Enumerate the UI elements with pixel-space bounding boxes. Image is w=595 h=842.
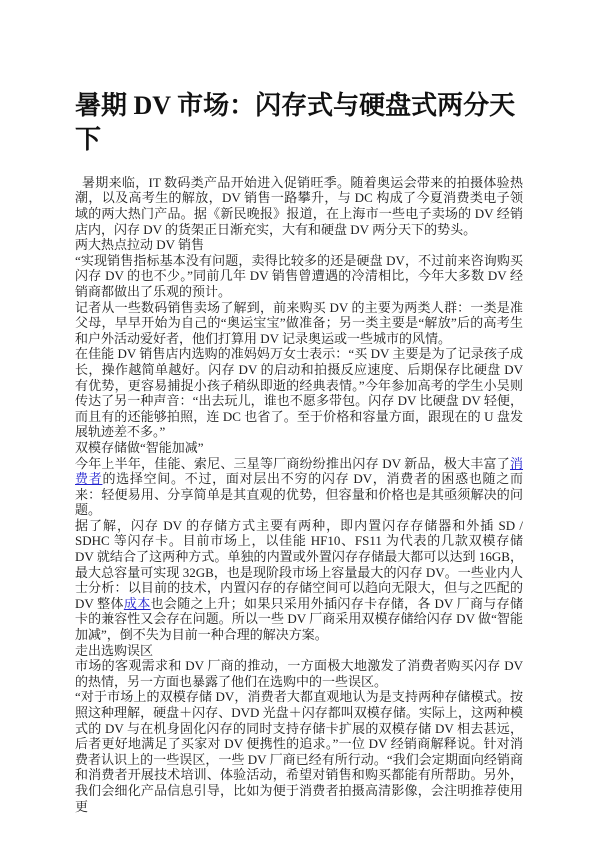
document-page: 暑期 DV 市场：闪存式与硬盘式两分天下 暑期来临，IT 数码类产品开始进入促销… (0, 0, 595, 842)
text-run: 双模存储做“智能加减” (75, 440, 204, 455)
text-run: 今年上半年，佳能、索尼、三星等厂商纷纷推出闪存 DV 新品，极大丰富了 (75, 456, 510, 471)
article-body: 暑期来临，IT 数码类产品开始进入促销旺季。随着奥运会带来的拍摄体验热潮，以及高… (75, 175, 523, 814)
text-run: 记者从一些数码销售卖场了解到，前来购买 DV 的主要为两类人群：一类是准父母，早… (75, 300, 523, 346)
text-run: 两大热点拉动 DV 销售 (75, 237, 204, 252)
paragraph: 市场的客观需求和 DV 厂商的推动，一方面极大地激发了消费者购买闪存 DV 的热… (75, 658, 523, 689)
paragraph: 据了解，闪存 DV 的存储方式主要有两种，即内置闪存存储器和外插 SD / SD… (75, 518, 523, 643)
section-subheading: 双模存储做“智能加减” (75, 440, 523, 456)
text-run: 走出选购误区 (75, 643, 153, 658)
text-run: “对于市场上的双模存储 DV，消费者大都直观地认为是支持两种存储模式。按照这种理… (75, 689, 523, 813)
text-run: 的选择空间。不过，面对层出不穷的闪存 DV，消费者的困惑也随之而来：轻便易用、分… (75, 471, 523, 517)
section-subheading: 走出选购误区 (75, 643, 523, 659)
section-subheading: 两大热点拉动 DV 销售 (75, 237, 523, 253)
document-title: 暑期 DV 市场：闪存式与硬盘式两分天下 (75, 89, 521, 157)
text-run: 在佳能 DV 销售店内选购的准妈妈万女士表示：“买 DV 主要是为了记录孩子成长… (75, 346, 523, 439)
text-run: 暑期来临，IT 数码类产品开始进入促销旺季。随着奥运会带来的拍摄体验热潮，以及高… (75, 175, 523, 237)
paragraph: 在佳能 DV 销售店内选购的准妈妈万女士表示：“买 DV 主要是为了记录孩子成长… (75, 346, 523, 440)
paragraph: “实现销售指标基本没有问题，卖得比较多的还是硬盘 DV，不过前来咨询购买闪存 D… (75, 253, 523, 300)
text-run: 市场的客观需求和 DV 厂商的推动，一方面极大地激发了消费者购买闪存 DV 的热… (75, 658, 523, 689)
text-run: “实现销售指标基本没有问题，卖得比较多的还是硬盘 DV，不过前来咨询购买闪存 D… (75, 253, 523, 299)
inline-link[interactable]: 成本 (124, 596, 151, 611)
paragraph: “对于市场上的双模存储 DV，消费者大都直观地认为是支持两种存储模式。按照这种理… (75, 689, 523, 814)
paragraph: 今年上半年，佳能、索尼、三星等厂商纷纷推出闪存 DV 新品，极大丰富了消费者的选… (75, 456, 523, 518)
paragraph: 暑期来临，IT 数码类产品开始进入促销旺季。随着奥运会带来的拍摄体验热潮，以及高… (75, 175, 523, 237)
paragraph: 记者从一些数码销售卖场了解到，前来购买 DV 的主要为两类人群：一类是准父母，早… (75, 300, 523, 347)
